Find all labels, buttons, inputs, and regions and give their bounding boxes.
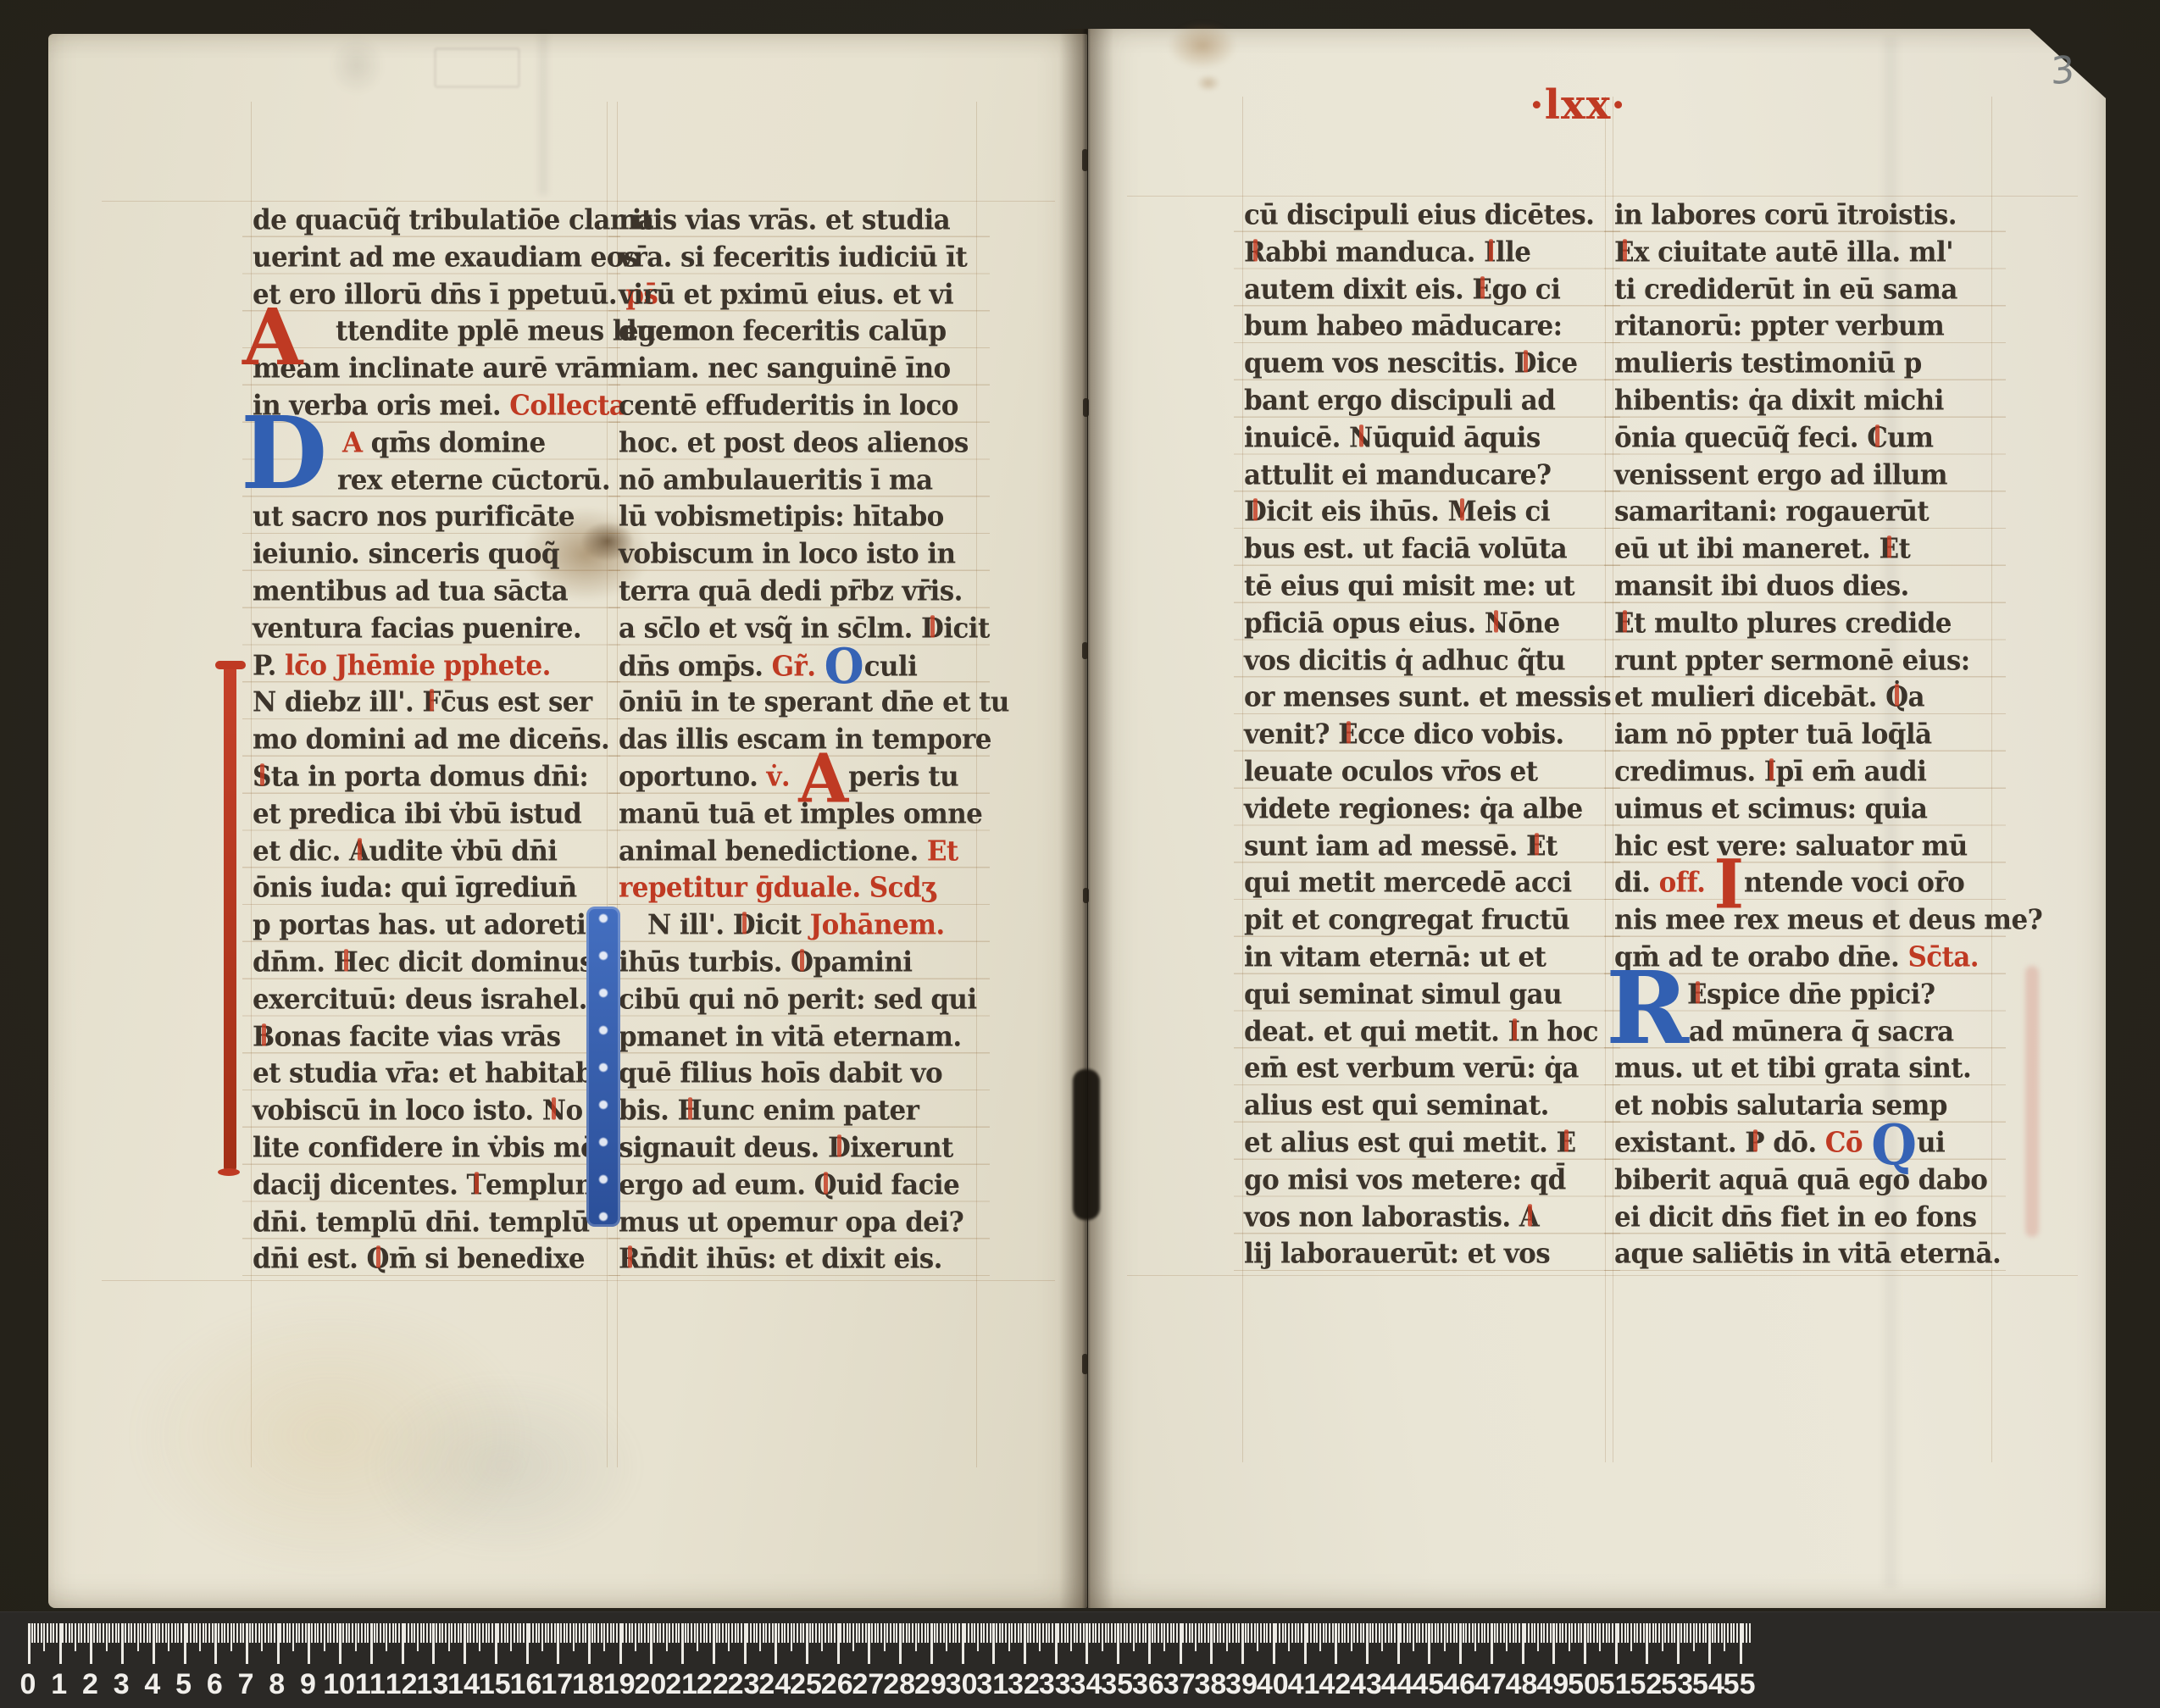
ruler-tick xyxy=(1578,1623,1580,1643)
ruler-tick xyxy=(765,1623,767,1643)
body-text: animal benedictione. xyxy=(619,835,927,868)
text-line: di. off. Intende voci or̄o xyxy=(1614,864,1964,904)
red-touched-capital: T xyxy=(467,1167,486,1206)
ruler-tick xyxy=(1238,1623,1240,1643)
ruler-tick xyxy=(1163,1623,1165,1651)
body-text: bis. xyxy=(619,1095,678,1127)
ruler-tick xyxy=(1291,1623,1293,1643)
ruler-tick xyxy=(1195,1623,1197,1651)
ruler-tick xyxy=(1724,1623,1725,1651)
ruler-tick xyxy=(880,1623,882,1643)
text-line: nis mee rex meus et deus me? xyxy=(1614,901,2042,940)
ruler-tick xyxy=(339,1623,341,1664)
red-touched-capital: A xyxy=(349,833,369,872)
ruler-tick xyxy=(143,1623,145,1643)
text-line: cū discipuli eius dicētes. xyxy=(1244,197,1594,236)
ruler-tick xyxy=(629,1623,630,1643)
ruler-tick xyxy=(622,1623,624,1643)
ruler-tick xyxy=(439,1623,441,1643)
ruler-tick xyxy=(619,1623,622,1664)
ruler-tick xyxy=(1251,1623,1252,1643)
ruler-tick xyxy=(1444,1623,1446,1651)
ruler-tick xyxy=(986,1623,988,1643)
ruler-tick xyxy=(728,1623,730,1651)
ruler-tick xyxy=(34,1623,36,1643)
text-line: mo domini ad me dicen̄s. xyxy=(253,721,609,760)
ruler-tick xyxy=(1288,1623,1290,1651)
ruler-tick xyxy=(1394,1623,1396,1643)
ruler-tick xyxy=(906,1623,908,1643)
ruler-tick xyxy=(532,1623,534,1643)
text-line: existant. P dō. Cō Qui xyxy=(1614,1124,1945,1165)
ruler-tick xyxy=(669,1623,670,1643)
body-text: ui xyxy=(1917,1127,1945,1159)
body-text: terra quā dedi pr̄bz vr̄is. xyxy=(619,575,963,607)
ruler-tick xyxy=(1301,1623,1302,1643)
ruler-tick xyxy=(1643,1623,1645,1643)
ruler-tick xyxy=(302,1623,303,1643)
body-text: qui metit mercedē acci xyxy=(1244,868,1572,900)
rubric-text: Johānem. xyxy=(810,909,945,941)
body-text: peris tu xyxy=(848,761,958,793)
ruler-tick xyxy=(1098,1623,1100,1643)
ruler-tick xyxy=(268,1623,269,1643)
ruler-tick xyxy=(1431,1623,1433,1643)
ruler-number: 18 xyxy=(572,1668,604,1701)
ruler-tick xyxy=(709,1623,711,1643)
text-line: pmanet in vitā eternam. xyxy=(619,1018,962,1057)
ruler-tick xyxy=(1189,1623,1191,1643)
ruler-tick xyxy=(613,1623,614,1643)
text-line: Et multo plures credide xyxy=(1614,605,1952,644)
body-text: pficiā opus eius. xyxy=(1244,607,1485,640)
text-line: et studia vr̄a: et habitabo xyxy=(253,1055,610,1094)
text-line: uerint ad me exaudiam eos xyxy=(253,239,638,278)
ruler-tick xyxy=(56,1623,58,1643)
ruler-tick xyxy=(1269,1623,1271,1643)
left-page-column-2: ritis vias vrās. et studiavr̄a. si fecer… xyxy=(619,202,974,1278)
body-text: n hoc xyxy=(1519,1016,1597,1048)
red-touched-capital: D xyxy=(828,1129,850,1168)
manuscript-photo: ·lxx· 3 de quacūq̃ tribulatiōe clamaueri… xyxy=(0,0,2160,1708)
ruler-tick xyxy=(691,1623,692,1643)
text-line: pit et congregat fructū xyxy=(1244,901,1569,940)
ruler-tick xyxy=(666,1623,668,1651)
ruler-tick xyxy=(675,1623,677,1643)
text-line: uimus et scimus: quia xyxy=(1614,790,1927,829)
ruler-tick xyxy=(1491,1623,1493,1664)
ruler-tick xyxy=(175,1623,176,1643)
ruler-tick xyxy=(1323,1623,1324,1643)
ruler-tick xyxy=(1344,1623,1346,1643)
ruler-tick xyxy=(1708,1623,1711,1664)
ruler-tick xyxy=(1351,1623,1352,1651)
text-line: Espice dn̄e ppici? xyxy=(1687,976,1935,1015)
ruler-tick xyxy=(1067,1623,1069,1643)
ruler-tick xyxy=(809,1623,811,1643)
body-text: vr̄a. si feceritis iudiciū īt xyxy=(619,241,967,274)
text-line: mulieris testimoniū p xyxy=(1614,345,1922,384)
ruler-tick xyxy=(1061,1623,1063,1643)
ruler-tick xyxy=(974,1623,975,1643)
ruler-tick xyxy=(949,1623,951,1643)
ruler-tick xyxy=(1173,1623,1174,1643)
ruler-tick xyxy=(370,1623,373,1664)
ruler-number: 5 xyxy=(175,1668,192,1701)
ruler-tick xyxy=(1441,1623,1442,1643)
body-text: ritis vias vrās. et studia xyxy=(619,204,950,236)
ruler-tick xyxy=(946,1623,947,1651)
ruler-tick xyxy=(893,1623,895,1643)
ruler-tick xyxy=(430,1623,431,1643)
body-text: ad mūnera q̄ sacra xyxy=(1689,1016,1953,1048)
ruler-tick xyxy=(1519,1623,1520,1643)
ruler-tick xyxy=(414,1623,415,1643)
left-page-column-1: de quacūq̃ tribulatiōe clamauerint ad me… xyxy=(253,202,605,1278)
ruler-tick xyxy=(99,1623,101,1643)
ruler-number: 49 xyxy=(1536,1668,1569,1701)
ruler-tick xyxy=(547,1623,549,1643)
ruler-tick xyxy=(1677,1623,1680,1664)
ruler-tick xyxy=(1285,1623,1286,1643)
ruler-tick xyxy=(404,1623,406,1643)
ruler-tick xyxy=(719,1623,720,1643)
ruler-number: 23 xyxy=(728,1668,760,1701)
body-text: ergo ad eum. xyxy=(619,1169,814,1201)
ruler-number: 14 xyxy=(447,1668,480,1701)
ruler-tick xyxy=(1618,1623,1619,1643)
text-line: manū tuā et imples omne xyxy=(619,796,982,835)
body-text: p portas has. ut adoretis xyxy=(253,909,600,941)
binding-stitch xyxy=(1082,149,1088,171)
body-text: qui seminat simul gau xyxy=(1244,979,1562,1011)
body-text: sunt iam ad messē. xyxy=(1244,830,1526,862)
text-line: et alius est qui metit. E xyxy=(1244,1124,1576,1163)
ruler-tick xyxy=(296,1623,297,1643)
text-line: venit? Ecce dico vobis. xyxy=(1244,716,1564,755)
ruler-tick xyxy=(168,1623,169,1651)
ruler-tick xyxy=(389,1623,391,1643)
ruler-tick xyxy=(875,1623,876,1643)
ruler-tick xyxy=(915,1623,917,1651)
body-text: qm̄s domine xyxy=(371,427,546,459)
body-text: pī em̄ audi xyxy=(1776,756,1927,788)
text-line: p portas has. ut adoretis xyxy=(253,907,600,945)
ruler-tick xyxy=(165,1623,167,1643)
ruler-tick xyxy=(1593,1623,1595,1643)
text-line: A qm̄s domine xyxy=(342,424,546,463)
ruler-tick xyxy=(747,1623,748,1643)
ruler-tick xyxy=(190,1623,192,1643)
ruler-tick xyxy=(659,1623,661,1643)
ruler-tick xyxy=(1366,1623,1369,1664)
text-line: mentibus ad tua sācta xyxy=(253,573,568,612)
red-touched-capital: I xyxy=(1484,234,1496,273)
ruler-tick xyxy=(921,1623,923,1643)
body-text: in vitam eternā: ut et xyxy=(1244,941,1546,973)
body-text: t multo plures credide xyxy=(1634,607,1952,640)
ruler-tick xyxy=(108,1623,110,1643)
ruler-tick xyxy=(1693,1623,1695,1651)
ruler-tick xyxy=(380,1623,381,1643)
ruler-tick xyxy=(706,1623,708,1643)
body-text: lū vobismetipis: hītabo xyxy=(619,502,944,534)
ruler-tick xyxy=(1484,1623,1485,1643)
ruler-tick xyxy=(784,1623,786,1643)
ruler-tick xyxy=(510,1623,512,1651)
ruler-tick xyxy=(1198,1623,1200,1643)
ruler-tick xyxy=(436,1623,437,1643)
ruler-number: 55 xyxy=(1724,1668,1756,1701)
ruler-tick xyxy=(1108,1623,1109,1643)
ruler-tick xyxy=(227,1623,229,1643)
binding-stitch xyxy=(1082,642,1088,659)
ruler-tick xyxy=(1180,1623,1182,1664)
ruler-tick xyxy=(579,1623,580,1643)
text-line: quem vos nescitis. Dice xyxy=(1244,345,1577,384)
body-text: quem vos nescitis. xyxy=(1244,347,1514,380)
ruler-number: 44 xyxy=(1381,1668,1413,1701)
text-line: hibentis: q̇a dixit michi xyxy=(1614,382,1944,421)
body-text: a sc̄lo et vsq̃ in sc̄lm. xyxy=(619,613,921,645)
ruler-tick xyxy=(62,1623,64,1643)
text-line: rex eterne cūctorū. xyxy=(337,462,610,501)
ruler-tick xyxy=(1018,1623,1019,1643)
ruler-tick xyxy=(843,1623,845,1643)
text-line: pficiā opus eius. Nōne xyxy=(1244,605,1560,644)
ruler-tick xyxy=(1011,1623,1013,1643)
ruler-tick xyxy=(1416,1623,1418,1643)
ruler-tick xyxy=(1684,1623,1685,1643)
ruler-tick xyxy=(386,1623,387,1651)
ruler-tick xyxy=(930,1623,933,1664)
text-line: et predica ibi v̇bū istud xyxy=(253,796,581,835)
ruler-tick xyxy=(28,1623,31,1664)
text-line: due non feceritis calūp xyxy=(619,313,947,352)
ruler-tick xyxy=(934,1623,936,1643)
body-text: deat. et qui metit. xyxy=(1244,1016,1508,1048)
body-text: t xyxy=(1898,533,1910,565)
ruler-tick xyxy=(1537,1623,1539,1651)
ruler-tick xyxy=(1279,1623,1280,1643)
ruler-tick xyxy=(1409,1623,1411,1643)
ruler-tick xyxy=(1176,1623,1178,1643)
ruler-tick xyxy=(149,1623,151,1643)
ruler-number: 34 xyxy=(1070,1668,1102,1701)
ruler-tick xyxy=(47,1623,48,1643)
ruler-tick xyxy=(731,1623,733,1643)
ruler-tick xyxy=(283,1623,285,1643)
ruler-tick xyxy=(137,1623,139,1651)
body-text: runt ppter sermonē eius: xyxy=(1614,645,1970,677)
text-line: ad mūnera q̄ sacra xyxy=(1689,1013,1953,1052)
ruler-tick xyxy=(722,1623,724,1643)
ruler-tick xyxy=(1263,1623,1265,1643)
body-text: aque saliētis in vitā eternā. xyxy=(1614,1239,2001,1271)
text-line: ti crediderūt in eū sama xyxy=(1614,271,1957,310)
ruler-tick xyxy=(1064,1623,1066,1643)
ruler-tick xyxy=(236,1623,238,1643)
ruling-line xyxy=(1127,1275,2078,1276)
ruler-tick xyxy=(1407,1623,1408,1643)
ruler-tick xyxy=(1459,1623,1462,1664)
body-text: um xyxy=(1887,422,1933,454)
text-line: bum habeo māducare: xyxy=(1244,308,1562,347)
ruler-tick xyxy=(1590,1623,1591,1643)
ruler-tick xyxy=(1534,1623,1535,1643)
ruler-tick xyxy=(205,1623,207,1643)
body-text: rex eterne cūctorū. xyxy=(337,464,610,496)
body-text: o xyxy=(566,1095,583,1127)
ruler-tick xyxy=(1133,1623,1135,1651)
ruler-tick xyxy=(952,1623,954,1643)
text-line: a sc̄lo et vsq̃ in sc̄lm. Dicit xyxy=(619,610,990,649)
body-text: niam. nec sanguinē īno xyxy=(619,352,951,385)
ruler-tick xyxy=(912,1623,913,1643)
ruler-tick xyxy=(417,1623,419,1651)
ruler-tick xyxy=(1624,1623,1626,1643)
text-line: ergo ad eum. Quid facie xyxy=(619,1167,959,1206)
ruler-tick xyxy=(180,1623,182,1643)
measurement-ruler: 0123456789101112131415161718192021222324… xyxy=(0,1611,2160,1708)
ruler-tick xyxy=(1596,1623,1598,1643)
ruler-tick xyxy=(65,1623,67,1643)
ruler-tick xyxy=(1124,1623,1125,1643)
ruler-tick xyxy=(1335,1623,1337,1664)
ruler-tick xyxy=(1702,1623,1704,1643)
ruler-tick xyxy=(529,1623,530,1643)
ruler-tick xyxy=(1450,1623,1452,1643)
text-line: tē eius qui misit me: ut xyxy=(1244,568,1574,607)
text-line: quē filius hoīs dabit vo xyxy=(619,1055,942,1094)
ruler-tick xyxy=(812,1623,813,1643)
ruler-tick xyxy=(1546,1623,1548,1643)
ruler-tick xyxy=(775,1623,777,1664)
ruler-tick xyxy=(564,1623,565,1643)
ruler-number: 11 xyxy=(355,1668,386,1701)
ruler-number: 53 xyxy=(1661,1668,1693,1701)
ruler-tick xyxy=(1721,1623,1723,1643)
ruler-tick xyxy=(1381,1623,1383,1651)
binding-stitch xyxy=(1083,398,1089,417)
text-line: animal benedictione. Et xyxy=(619,833,958,872)
ruler-tick xyxy=(840,1623,841,1643)
ruler-tick xyxy=(128,1623,130,1643)
ruler-tick xyxy=(554,1623,556,1643)
ruler-tick xyxy=(1727,1623,1729,1643)
text-line: meam inclinate aurē vrām xyxy=(253,350,628,389)
text-line: ei dicit dn̄s fiet in eo fons xyxy=(1614,1199,1976,1238)
ruler-tick xyxy=(653,1623,655,1643)
ruler-number: 50 xyxy=(1568,1668,1600,1701)
ruler-tick xyxy=(1033,1623,1035,1643)
ruler-tick xyxy=(964,1623,966,1643)
ruler-tick xyxy=(1718,1623,1719,1643)
text-line: runt ppter sermonē eius: xyxy=(1614,642,1970,681)
ruler-tick xyxy=(1388,1623,1390,1643)
ruler-tick xyxy=(1574,1623,1576,1643)
red-touched-capital: D xyxy=(921,610,943,649)
body-text: quē filius hoīs dabit vo xyxy=(619,1058,942,1090)
ruler-tick xyxy=(1372,1623,1374,1643)
text-line: ritis vias vrās. et studia xyxy=(619,202,950,241)
rubric-text: repetitur ḡduale. Scdʒ xyxy=(619,873,936,905)
red-touched-capital: N xyxy=(542,1092,566,1131)
ruler-tick xyxy=(324,1623,325,1651)
ruler-tick xyxy=(1481,1623,1483,1643)
ruler-number: 41 xyxy=(1288,1668,1320,1701)
red-touched-capital: I xyxy=(1764,753,1776,792)
ruler-tick xyxy=(411,1623,413,1643)
ruler-tick xyxy=(298,1623,300,1643)
ruler-tick xyxy=(1674,1623,1675,1643)
ruler-tick xyxy=(1515,1623,1517,1643)
body-text: ec dicit dominus xyxy=(358,946,593,979)
ruler-tick xyxy=(230,1623,232,1651)
text-line: sunt iam ad messē. Et xyxy=(1244,828,1558,867)
ruler-number: 3 xyxy=(114,1668,130,1701)
body-text: dn̄m. xyxy=(253,946,334,979)
ruler-tick xyxy=(479,1623,480,1651)
body-text: centē effuderitis in loco xyxy=(619,390,958,422)
ruler-tick xyxy=(1083,1623,1085,1643)
ruler-tick xyxy=(473,1623,475,1643)
ruler-tick xyxy=(737,1623,739,1643)
body-text: uerint ad me exaudiam eos xyxy=(253,241,638,274)
ruler-tick xyxy=(242,1623,244,1643)
text-line: et mulieri dicebāt. Q̇a xyxy=(1614,679,1924,718)
ruler-tick xyxy=(103,1623,104,1643)
body-text: go ci xyxy=(1491,274,1560,306)
body-text: nis mee rex meus et deus me? xyxy=(1614,904,2042,936)
ruler-tick xyxy=(1313,1623,1315,1643)
text-line: ihūs turbis. Opamini xyxy=(619,944,912,983)
ruler-tick xyxy=(1746,1623,1747,1643)
ruler-tick xyxy=(37,1623,39,1643)
ruler-tick xyxy=(1740,1623,1742,1664)
ruler-tick xyxy=(1403,1623,1405,1643)
ruler-tick xyxy=(1102,1623,1103,1651)
ruler-tick xyxy=(147,1623,148,1643)
red-touched-capital: E xyxy=(1879,530,1898,569)
body-text: credimus. xyxy=(1614,756,1764,788)
body-text: ntende voci or̄o xyxy=(1744,868,1964,900)
ruler-tick xyxy=(203,1623,204,1643)
ruler-tick xyxy=(1422,1623,1424,1643)
body-text: hoc. et post deos alienos xyxy=(619,427,969,459)
text-line: bus est. ut faciā volūta xyxy=(1244,530,1567,569)
text-line: bant ergo discipuli ad xyxy=(1244,382,1555,421)
ruler-tick xyxy=(274,1623,275,1643)
body-text: ventura facias puenire. xyxy=(253,613,581,645)
ruler-tick xyxy=(1304,1623,1307,1664)
ruler-tick xyxy=(1111,1623,1113,1643)
ruler-tick xyxy=(445,1623,447,1643)
body-text: udite v̇bū dn̄i xyxy=(369,835,557,868)
illuminated-initial-I xyxy=(224,665,236,1173)
red-touched-capital: A xyxy=(1519,1199,1539,1238)
ruler-tick xyxy=(1580,1623,1582,1643)
ruler-tick xyxy=(1472,1623,1474,1643)
ruler-number: 40 xyxy=(1257,1668,1289,1701)
ruler-tick xyxy=(1114,1623,1116,1643)
ruler-tick xyxy=(289,1623,291,1643)
ruler-tick xyxy=(59,1623,62,1664)
text-line: signauit deus. Dixerunt xyxy=(619,1129,953,1168)
ruler-tick xyxy=(330,1623,331,1643)
ruler-tick xyxy=(464,1623,466,1664)
ruler-tick xyxy=(199,1623,201,1651)
